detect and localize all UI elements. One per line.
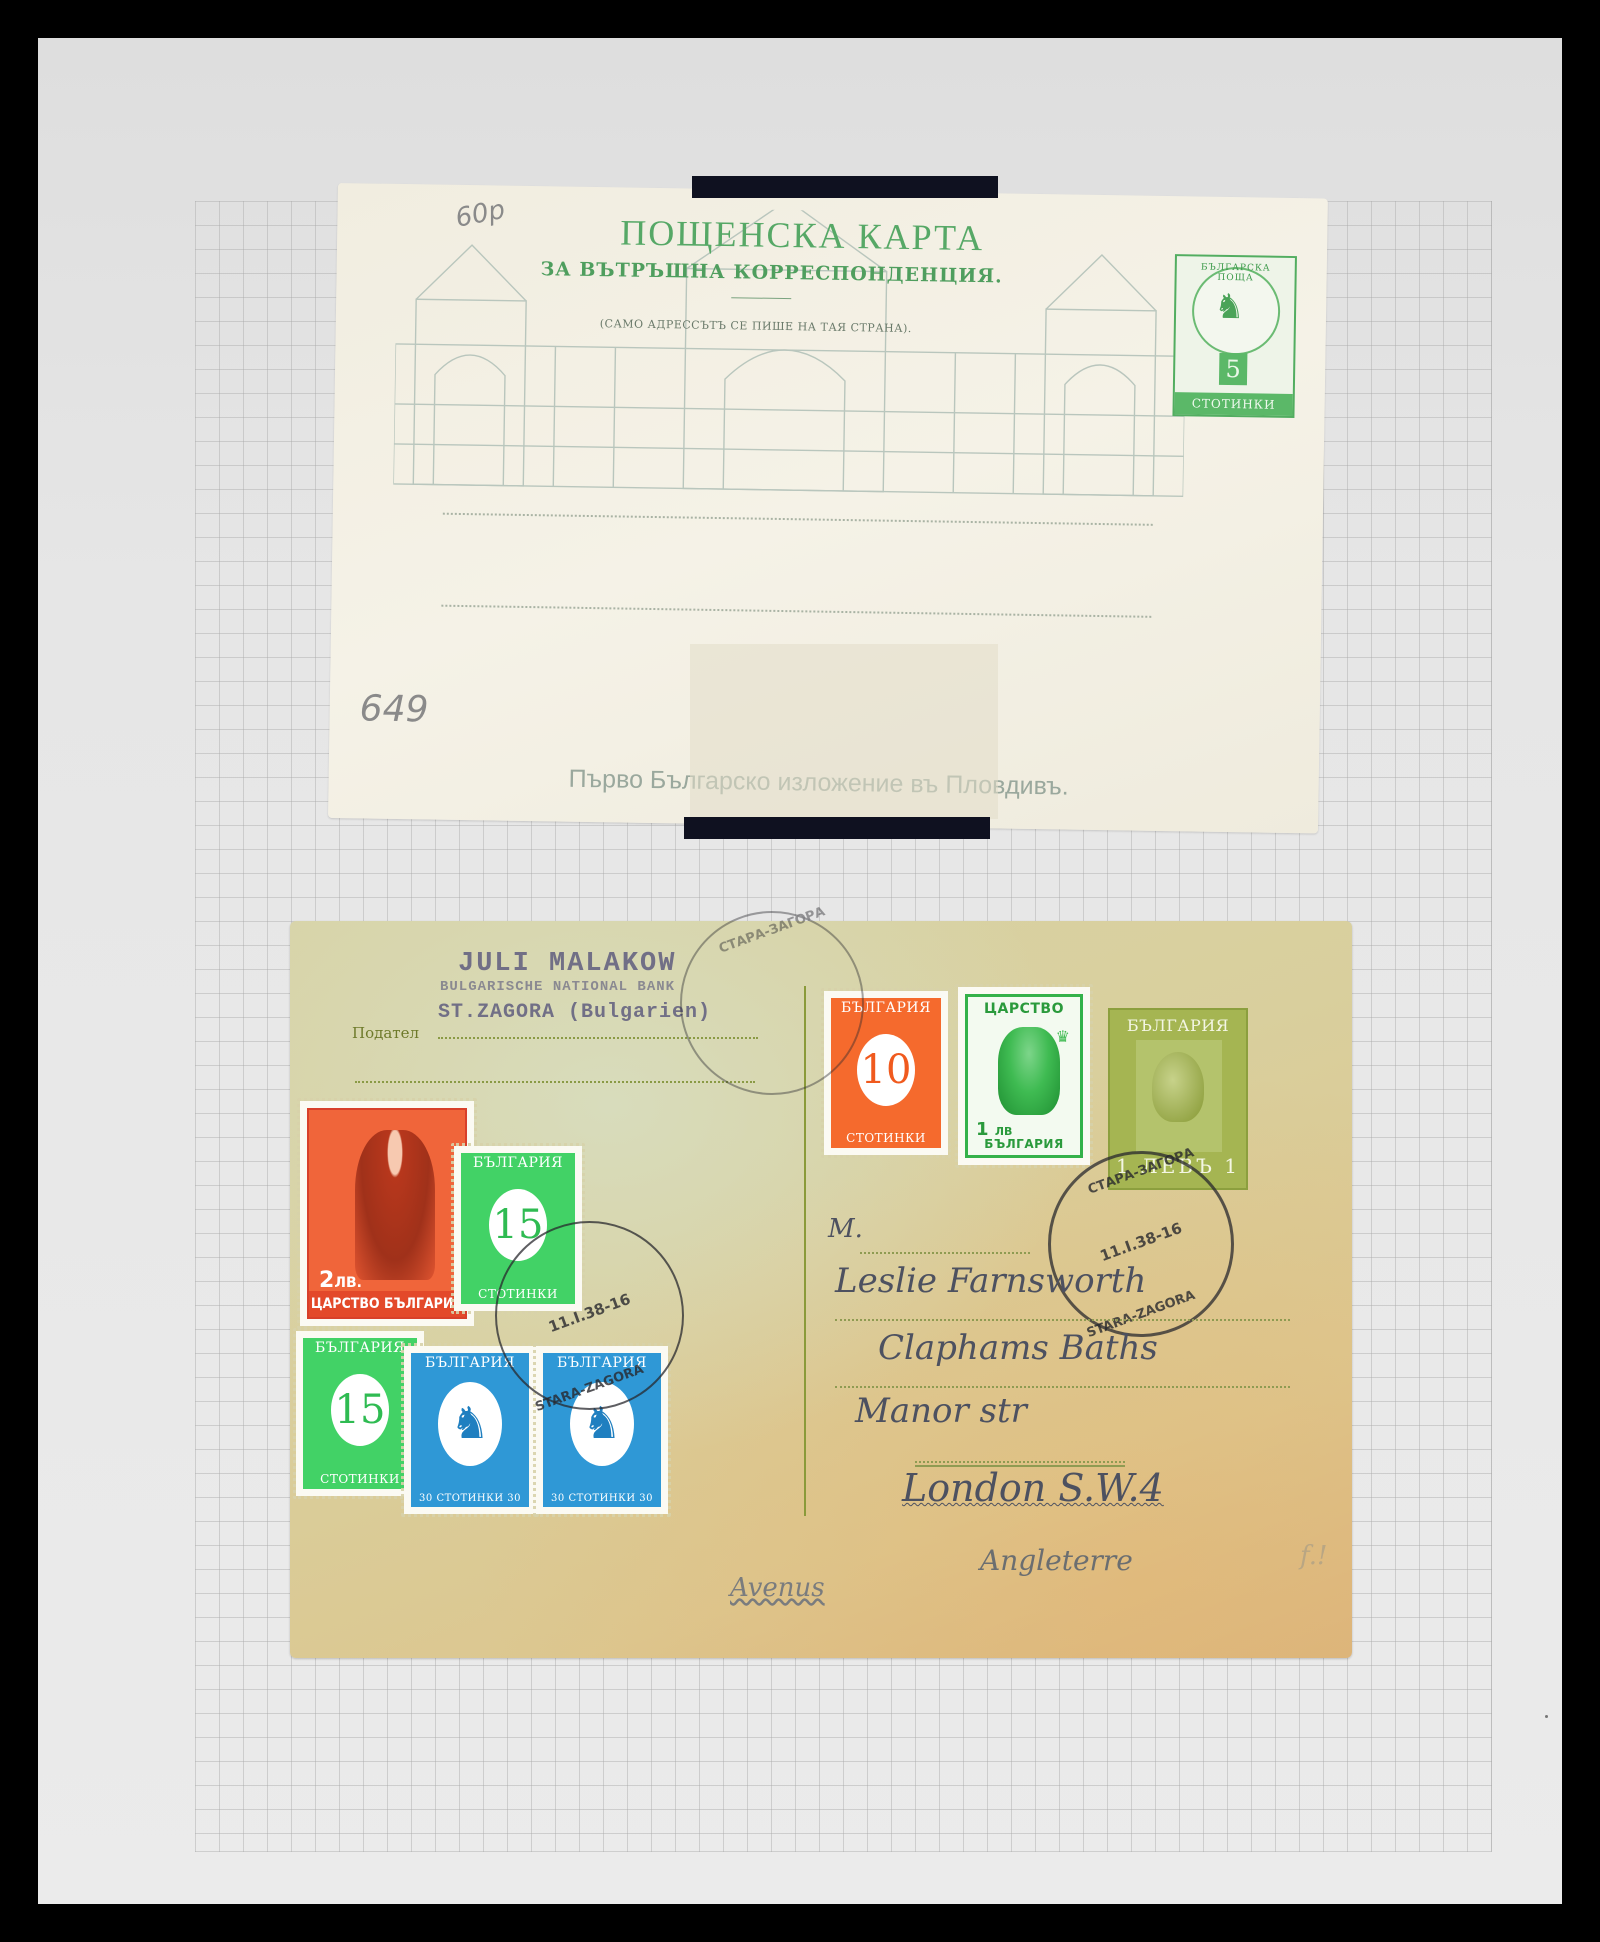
stamp-footer: 30 СТОТИНКИ 30 bbox=[411, 1493, 529, 1504]
lion-icon: ♞ bbox=[1214, 287, 1245, 327]
crown-icon: ♛ bbox=[1056, 1027, 1070, 1046]
pencil-note: f.! bbox=[1300, 1541, 1327, 1571]
mount-band-bottom bbox=[684, 817, 990, 839]
indicium-header: БЪЛГАРИЯ bbox=[1110, 1016, 1246, 1035]
postmark: 11.I.38-16 STARA-ZAGORA bbox=[495, 1221, 684, 1410]
pencil-catalog-number: 649 bbox=[359, 688, 428, 730]
page-speck bbox=[1545, 1715, 1548, 1718]
address-dotted-line bbox=[915, 1461, 1125, 1463]
address-line bbox=[441, 605, 1151, 618]
address-street: Manor str bbox=[855, 1391, 1027, 1431]
stamp-footer: СТОТИНКИ bbox=[831, 1131, 941, 1145]
indicium-5-stotinki[interactable]: БЪЛГАРСКА ПОЩА ♞ 5 СТОТИНКИ bbox=[1172, 254, 1297, 418]
postmark: СТАРА-ЗАГОРА bbox=[680, 911, 864, 1095]
stamp-header: ЦАРСТВО bbox=[968, 1001, 1080, 1017]
address-recipient: Leslie Farnsworth bbox=[835, 1261, 1146, 1301]
indicium-label: СТОТИНКИ bbox=[1174, 392, 1292, 416]
indicium-header: БЪЛГАРСКА ПОЩА bbox=[1183, 262, 1289, 284]
stamp-header: БЪЛГАРИЯ bbox=[303, 1340, 417, 1356]
postal-card-lower[interactable]: JULI MALAKOW Подател BULGARISCHE NATIONA… bbox=[290, 921, 1352, 1658]
sender-dotted-line bbox=[355, 1081, 755, 1083]
stamp-header: БЪЛГАРИЯ bbox=[461, 1155, 575, 1171]
tsar-portrait bbox=[1152, 1052, 1204, 1122]
stamp-value: 10 bbox=[857, 1034, 915, 1106]
stamp-footer: ЦАРСТВО БЪЛГАРИЯ bbox=[309, 1291, 465, 1317]
lion-icon: ♞ bbox=[438, 1382, 502, 1466]
prince-portrait bbox=[998, 1027, 1060, 1115]
sender-organization: BULGARISCHE NATIONAL BANK bbox=[440, 979, 675, 995]
address-line bbox=[443, 513, 1153, 526]
stamp-footer: 30 СТОТИНКИ 30 bbox=[543, 1493, 661, 1504]
king-portrait bbox=[355, 1130, 435, 1280]
address-dotted-line bbox=[835, 1319, 1290, 1321]
mount-band-top bbox=[692, 176, 998, 198]
mount-window bbox=[690, 644, 998, 819]
address-country: Angleterre bbox=[980, 1544, 1133, 1577]
stamp-footer: СТОТИНКИ bbox=[303, 1472, 417, 1486]
address-line-2: Claphams Baths bbox=[878, 1328, 1158, 1368]
indicium-value: 5 bbox=[1219, 353, 1247, 385]
address-salutation: M. bbox=[828, 1214, 863, 1244]
postmark: СТАРА-ЗАГОРА 11.I.38-16 STARA-ZAGORA bbox=[1048, 1151, 1234, 1337]
stamp-2lv-king[interactable]: 2ЛВ. ЦАРСТВО БЪЛГАРИЯ bbox=[300, 1101, 474, 1326]
stamp-value: 15 bbox=[331, 1374, 389, 1446]
stamp-1lv-prince[interactable]: ЦАРСТВО ♛ 1 ЛВ БЪЛГАРИЯ bbox=[958, 987, 1090, 1165]
stamp-footer: БЪЛГАРИЯ bbox=[968, 1137, 1080, 1151]
sender-signature: Avenus bbox=[730, 1573, 825, 1603]
sender-name: JULI MALAKOW bbox=[458, 949, 676, 979]
address-dotted-line bbox=[835, 1386, 1290, 1388]
address-dotted-line bbox=[860, 1252, 1030, 1254]
sender-label: Подател bbox=[352, 1024, 419, 1042]
stamp-value: 2ЛВ. bbox=[319, 1268, 362, 1293]
address-city: London S.W.4 bbox=[902, 1466, 1164, 1510]
sender-city: ST.ZAGORA (Bulgarien) bbox=[438, 1001, 711, 1024]
